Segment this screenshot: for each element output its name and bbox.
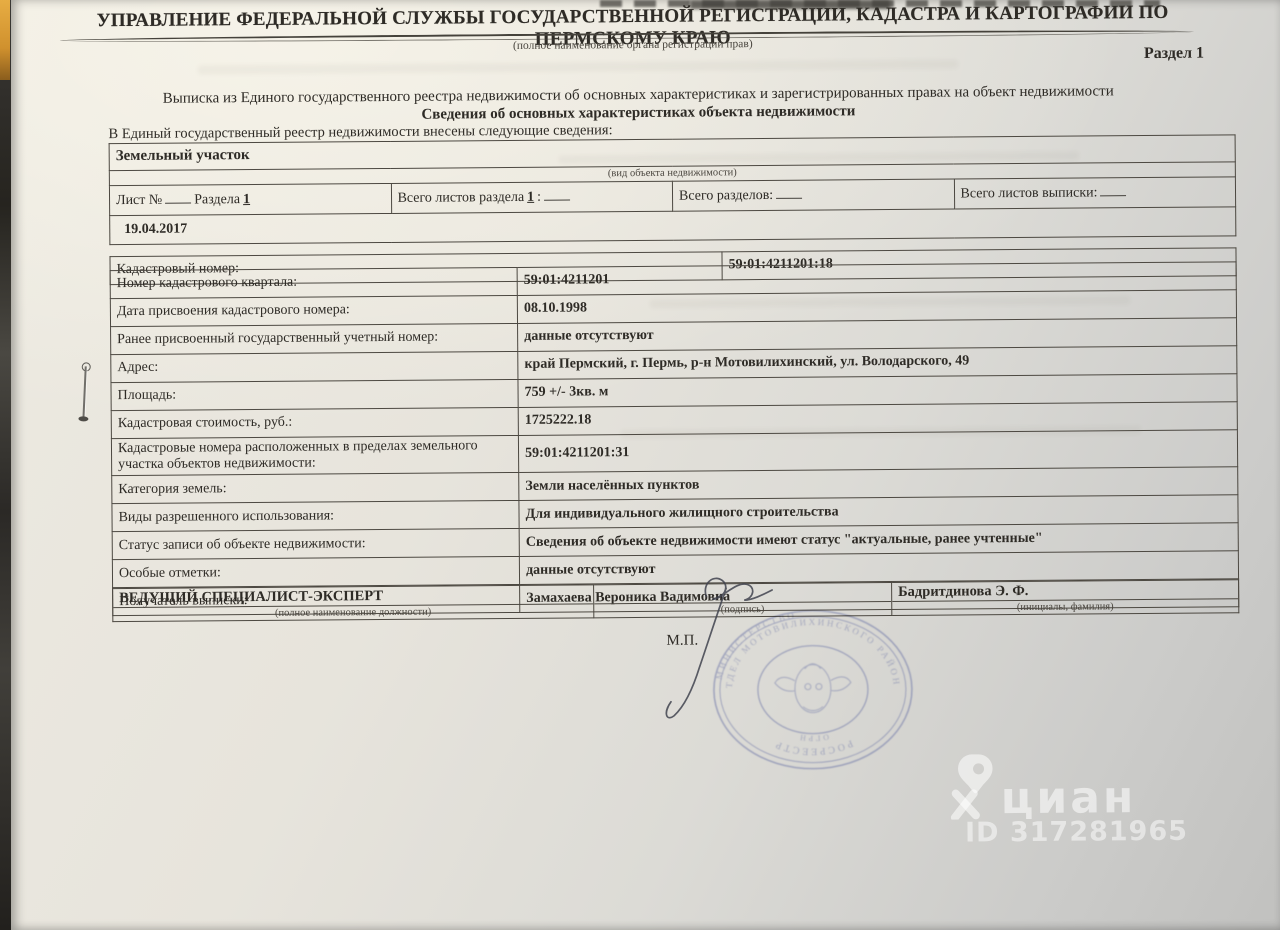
section-label: Раздел 1 [1144,45,1204,63]
row-label: Кадастровые номера расположенных в преде… [111,435,518,475]
handwritten-signature [602,553,864,755]
document-page: УПРАВЛЕНИЕ ФЕДЕРАЛЬНОЙ СЛУЖБЫ ГОСУДАРСТВ… [0,0,1280,930]
row-value: 59:01:4211201:31 [518,430,1237,473]
row-label: Адрес: [111,351,518,382]
pen-stroke [665,588,727,717]
position-cell: ВЕДУЩИЙ СПЕЦИАЛИСТ-ЭКСПЕРТ (полное наиме… [113,585,594,622]
object-header-table: Земельный участок (вид объекта недвижимо… [109,134,1237,245]
colon: : [537,190,541,205]
blank-line [1100,184,1126,197]
blank-line [544,188,570,201]
sheet-label: Лист № [116,193,162,208]
sheets-total-label: Всего листов раздела [397,190,524,206]
sheet-number-cell: Лист №Раздела1 [109,183,391,215]
staple-mark [77,362,92,424]
staple-foot [78,416,88,421]
name-cell: Бадритдинова Э. Ф. (инициалы, фамилия) [891,580,1238,616]
sections-total-label: Всего разделов: [679,188,773,204]
row-label: Категория земель: [112,473,519,504]
sections-total-cell: Всего разделов: [672,179,954,211]
sheet-label2: Раздела [194,193,240,208]
row-label: Ранее присвоенный государственный учетны… [111,323,518,354]
bleed-through-smudge [198,59,958,74]
staple-bar [82,366,86,418]
section-number: 1 [243,193,250,208]
extract-sheets-label: Всего листов выписки: [960,186,1097,202]
row-label: Статус записи об объекте недвижимости: [112,529,519,560]
extract-sheets-cell: Всего листов выписки: [954,177,1236,209]
row-label: Виды разрешенного использования: [112,501,519,532]
blank-line [776,186,802,199]
blank-line [165,191,191,204]
sheets-total-number: 1 [527,190,534,205]
row-label: Дата присвоения кадастрового номера: [110,295,517,326]
cian-logo-icon [947,753,998,819]
signature-scribble [705,578,772,601]
sheets-total-cell: Всего листов раздела1: [391,181,673,213]
row-label: Кадастровая стоимость, руб.: [111,407,518,438]
row-label: Номер кадастрового квартала: [110,267,517,298]
row-label: Особые отметки: [112,557,519,588]
position-caption: (полное наименование должности) [113,604,593,621]
name-caption: (инициалы, фамилия) [892,599,1238,615]
listing-id-watermark: ID 317281965 [965,816,1188,849]
row-label: Площадь: [111,379,518,410]
